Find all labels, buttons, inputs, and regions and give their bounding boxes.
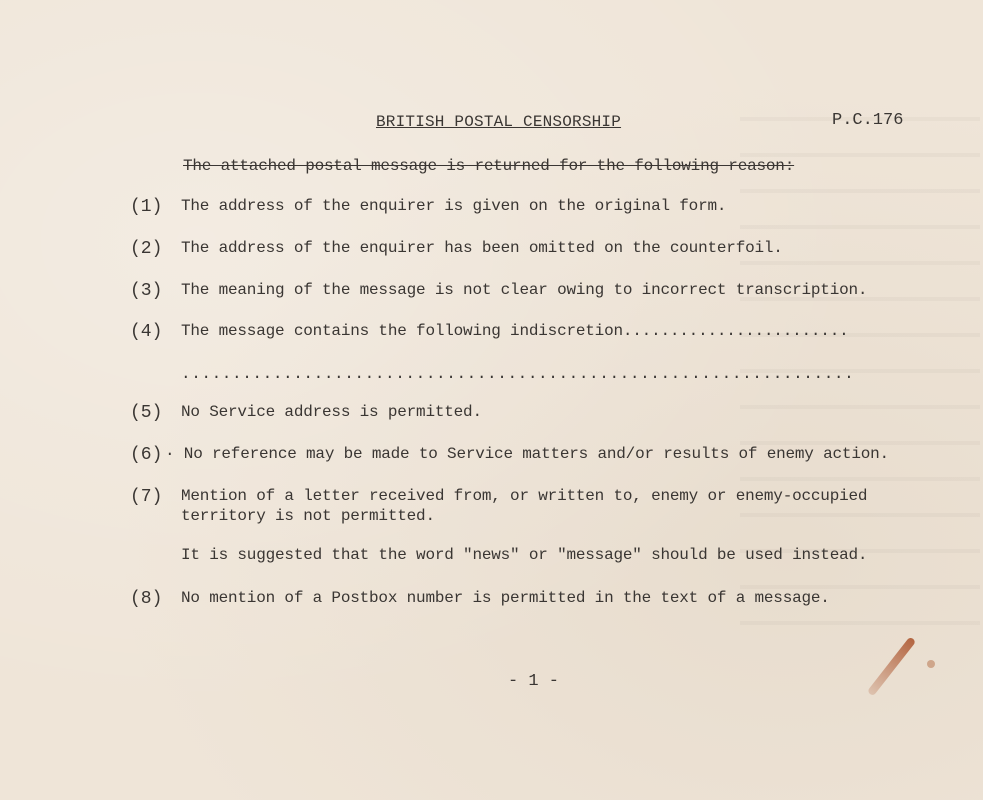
item-number: (6) xyxy=(130,445,170,465)
item-text: The address of the enquirer has been omi… xyxy=(181,239,783,257)
item-number: (4) xyxy=(130,322,170,342)
item-text: The message contains the following indis… xyxy=(181,322,849,340)
item-text: · No reference may be made to Service ma… xyxy=(165,445,889,463)
document-title: BRITISH POSTAL CENSORSHIP xyxy=(376,113,621,131)
item-number: (2) xyxy=(130,239,170,259)
item-text-continued: territory is not permitted. xyxy=(181,507,435,525)
item-text: The address of the enquirer is given on … xyxy=(181,197,726,215)
item-text: No Service address is permitted. xyxy=(181,403,482,421)
item-number: (1) xyxy=(130,197,170,217)
note-text: It is suggested that the word "news" or … xyxy=(181,546,867,564)
document-page: BRITISH POSTAL CENSORSHIP P.C.176 The at… xyxy=(0,0,983,800)
dotted-fill-line: ........................................… xyxy=(181,365,854,383)
form-reference: P.C.176 xyxy=(832,111,903,130)
struck-through-line: The attached postal message is returned … xyxy=(183,157,794,175)
page-number: - 1 - xyxy=(508,672,559,691)
item-number: (7) xyxy=(130,487,170,507)
item-text: The meaning of the message is not clear … xyxy=(181,281,867,299)
stain-mark xyxy=(927,660,935,668)
item-number: (3) xyxy=(130,281,170,301)
item-number: (5) xyxy=(130,403,170,423)
item-number: (8) xyxy=(130,589,170,609)
item-text: No mention of a Postbox number is permit… xyxy=(181,589,830,607)
item-text: Mention of a letter received from, or wr… xyxy=(181,487,867,505)
